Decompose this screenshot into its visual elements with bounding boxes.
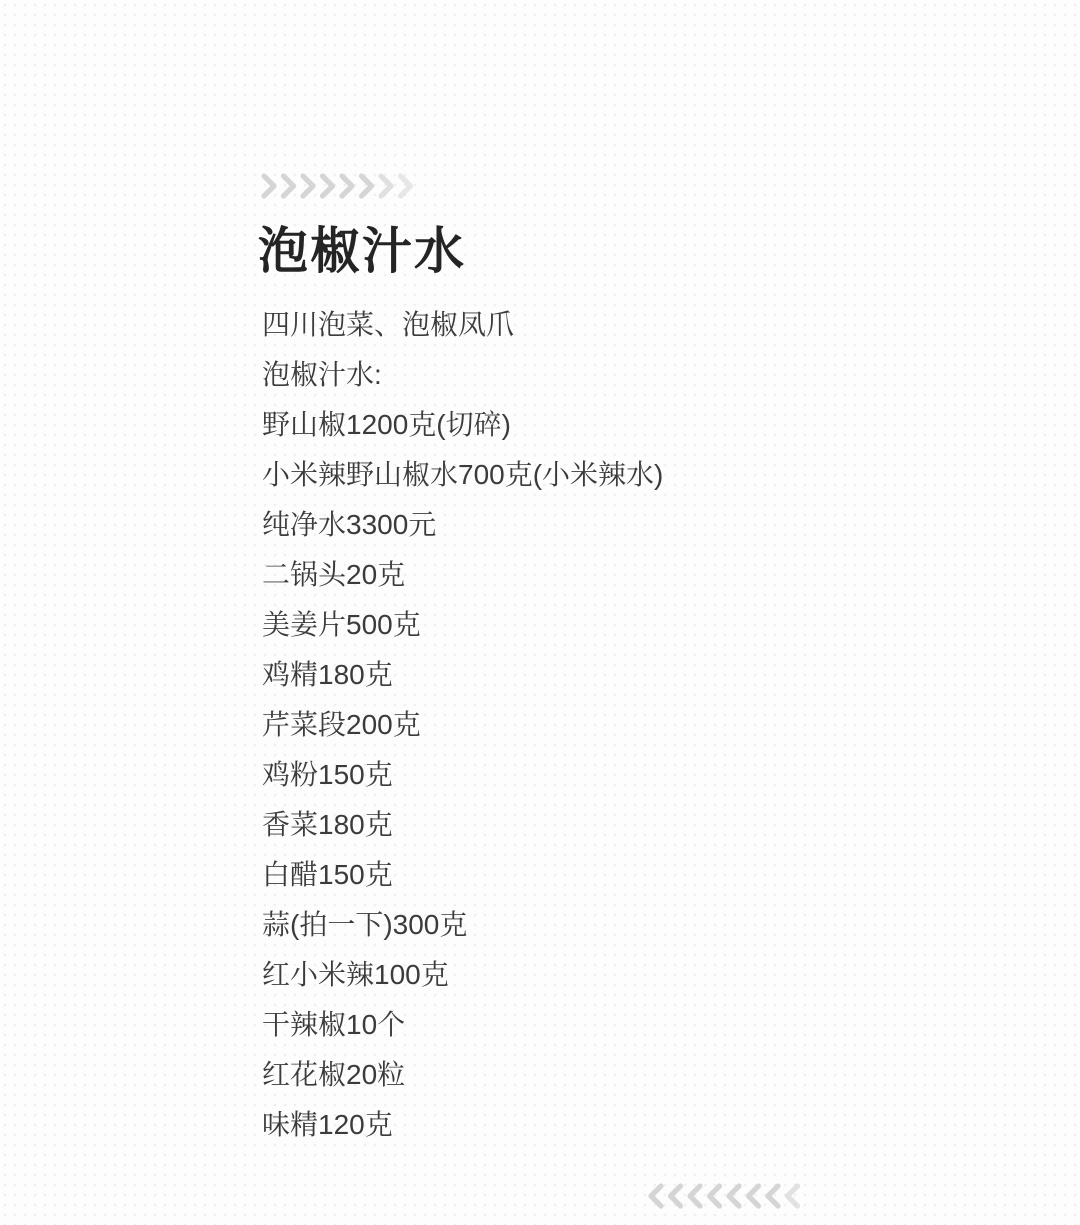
recipe-line: 芹菜段200克 <box>262 700 962 750</box>
recipe-lines: 四川泡菜、泡椒凤爪泡椒汁水:野山椒1200克(切碎)小米辣野山椒水700克(小米… <box>262 300 962 1150</box>
chevrons-right-icon <box>260 172 432 200</box>
recipe-line: 鸡精180克 <box>262 650 962 700</box>
chevrons-left-icon <box>647 1182 819 1210</box>
recipe-line: 蒜(拍一下)300克 <box>262 900 962 950</box>
recipe-line: 小米辣野山椒水700克(小米辣水) <box>262 450 962 500</box>
recipe-line: 二锅头20克 <box>262 550 962 600</box>
recipe-line: 香菜180克 <box>262 800 962 850</box>
recipe-line: 纯净水3300元 <box>262 500 962 550</box>
recipe-line: 干辣椒10个 <box>262 1000 962 1050</box>
recipe-line: 美姜片500克 <box>262 600 962 650</box>
recipe-line: 泡椒汁水: <box>262 350 962 400</box>
page-title: 泡椒汁水 <box>258 211 466 283</box>
recipe-line: 四川泡菜、泡椒凤爪 <box>262 300 962 350</box>
recipe-page: 泡椒汁水 四川泡菜、泡椒凤爪泡椒汁水:野山椒1200克(切碎)小米辣野山椒水70… <box>0 0 1080 1225</box>
recipe-line: 红小米辣100克 <box>262 950 962 1000</box>
recipe-line: 鸡粉150克 <box>262 750 962 800</box>
recipe-line: 白醋150克 <box>262 850 962 900</box>
recipe-line: 味精120克 <box>262 1100 962 1150</box>
recipe-line: 野山椒1200克(切碎) <box>262 400 962 450</box>
recipe-line: 红花椒20粒 <box>262 1050 962 1100</box>
